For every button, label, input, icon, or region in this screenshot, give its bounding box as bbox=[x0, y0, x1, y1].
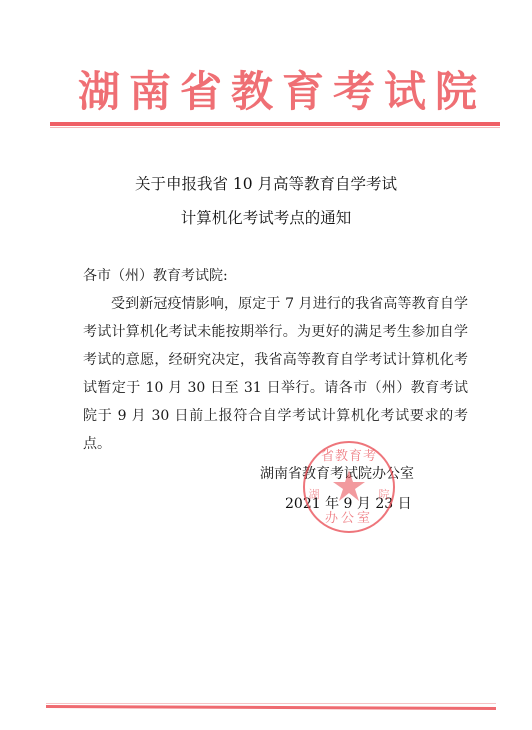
header-divider bbox=[50, 122, 500, 126]
stamp-top-text: 省教育考 bbox=[321, 448, 377, 464]
stamp-right-text: 院 bbox=[379, 487, 390, 501]
svg-text:院: 院 bbox=[379, 487, 390, 501]
official-seal-icon: 省教育考 湖 院 办公室 bbox=[302, 440, 396, 534]
header-divider-thin bbox=[50, 127, 500, 128]
salutation: 各市（州）教育考试院: bbox=[83, 262, 468, 290]
footer-divider bbox=[46, 705, 496, 710]
masthead-org-name: 湖南省教育考试院 bbox=[78, 62, 478, 122]
body-paragraph: 受到新冠疫情影响，原定于 7 月进行的我省高等教育自学考试计算机化考试未能按期举… bbox=[83, 290, 468, 458]
footer-divider-thin bbox=[46, 703, 496, 704]
stamp-left-text: 湖 bbox=[309, 487, 320, 501]
svg-text:办公室: 办公室 bbox=[325, 510, 373, 526]
svg-text:省教育考: 省教育考 bbox=[321, 448, 377, 464]
svg-text:湖: 湖 bbox=[309, 487, 320, 501]
stamp-bottom-text: 办公室 bbox=[325, 510, 373, 526]
document-title-line1: 关于申报我省 10 月高等教育自学考试 bbox=[0, 172, 532, 194]
document-title-line2: 计算机化考试考点的通知 bbox=[0, 206, 532, 228]
